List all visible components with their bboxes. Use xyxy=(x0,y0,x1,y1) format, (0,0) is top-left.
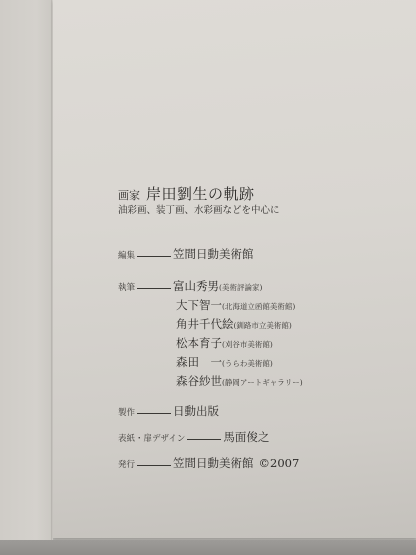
author-name: 大下智一 xyxy=(176,300,222,312)
editor-role: 編集 xyxy=(118,252,135,261)
author-row: 森谷紗世 (静岡アートギャラリー) xyxy=(176,376,303,388)
author-affiliation: (刈谷市美術館) xyxy=(222,341,273,349)
production-role: 製作 xyxy=(118,409,135,418)
designer-name: 馬面俊之 xyxy=(223,432,269,444)
dash-divider xyxy=(137,256,171,257)
credit-editor: 編集 笠間日動美術館 xyxy=(118,249,254,261)
credit-authors-first: 執筆 富山秀男 (美術評論家) xyxy=(118,281,262,293)
author-row: 角井千代絵 (釧路市立美術館) xyxy=(176,319,292,331)
dash-divider xyxy=(137,288,171,289)
publisher-role: 発行 xyxy=(118,461,135,470)
author-affiliation: (北海道立函館美術館) xyxy=(222,303,295,311)
dash-divider xyxy=(137,465,171,466)
author-affiliation: (美術評論家) xyxy=(219,284,262,292)
author-affiliation: (静岡アートギャラリー) xyxy=(222,379,303,387)
book-subtitle: 油彩画、装丁画、水彩画などを中心に xyxy=(118,206,280,216)
copyright: ©2007 xyxy=(259,458,300,470)
author-name: 角井千代絵 xyxy=(176,319,234,331)
author-row: 大下智一 (北海道立函館美術館) xyxy=(176,300,295,312)
author-name: 森田 一 xyxy=(176,357,222,369)
book-title: 岸田劉生の軌跡 xyxy=(146,187,255,202)
book-title-line: 画家 岸田劉生の軌跡 xyxy=(118,187,255,202)
publisher-name: 笠間日動美術館 xyxy=(173,458,254,470)
authors-role: 執筆 xyxy=(118,284,135,293)
credit-publisher: 発行 笠間日動美術館 ©2007 xyxy=(118,458,299,470)
dash-divider xyxy=(137,413,171,414)
author-row: 松本育子 (刈谷市美術館) xyxy=(176,338,273,350)
author-affiliation: (うらわ美術館) xyxy=(222,360,273,368)
author-name: 森谷紗世 xyxy=(176,376,222,388)
credit-production: 製作 日動出版 xyxy=(118,406,219,418)
author-row: 森田 一 (うらわ美術館) xyxy=(176,357,273,369)
design-role: 表紙・扉デザイン xyxy=(118,435,185,444)
credit-design: 表紙・扉デザイン 馬面俊之 xyxy=(118,432,269,444)
colophon-page: 画家 岸田劉生の軌跡 油彩画、装丁画、水彩画などを中心に 編集 笠間日動美術館 … xyxy=(53,0,416,538)
author-name: 富山秀男 xyxy=(173,281,219,293)
table-surface-shadow xyxy=(0,540,416,555)
left-page-edge xyxy=(0,0,52,540)
author-affiliation: (釧路市立美術館) xyxy=(234,322,292,330)
production-name: 日動出版 xyxy=(173,406,219,418)
title-label: 画家 xyxy=(118,190,140,201)
editor-name: 笠間日動美術館 xyxy=(173,249,254,261)
author-name: 松本育子 xyxy=(176,338,222,350)
dash-divider xyxy=(187,439,221,440)
